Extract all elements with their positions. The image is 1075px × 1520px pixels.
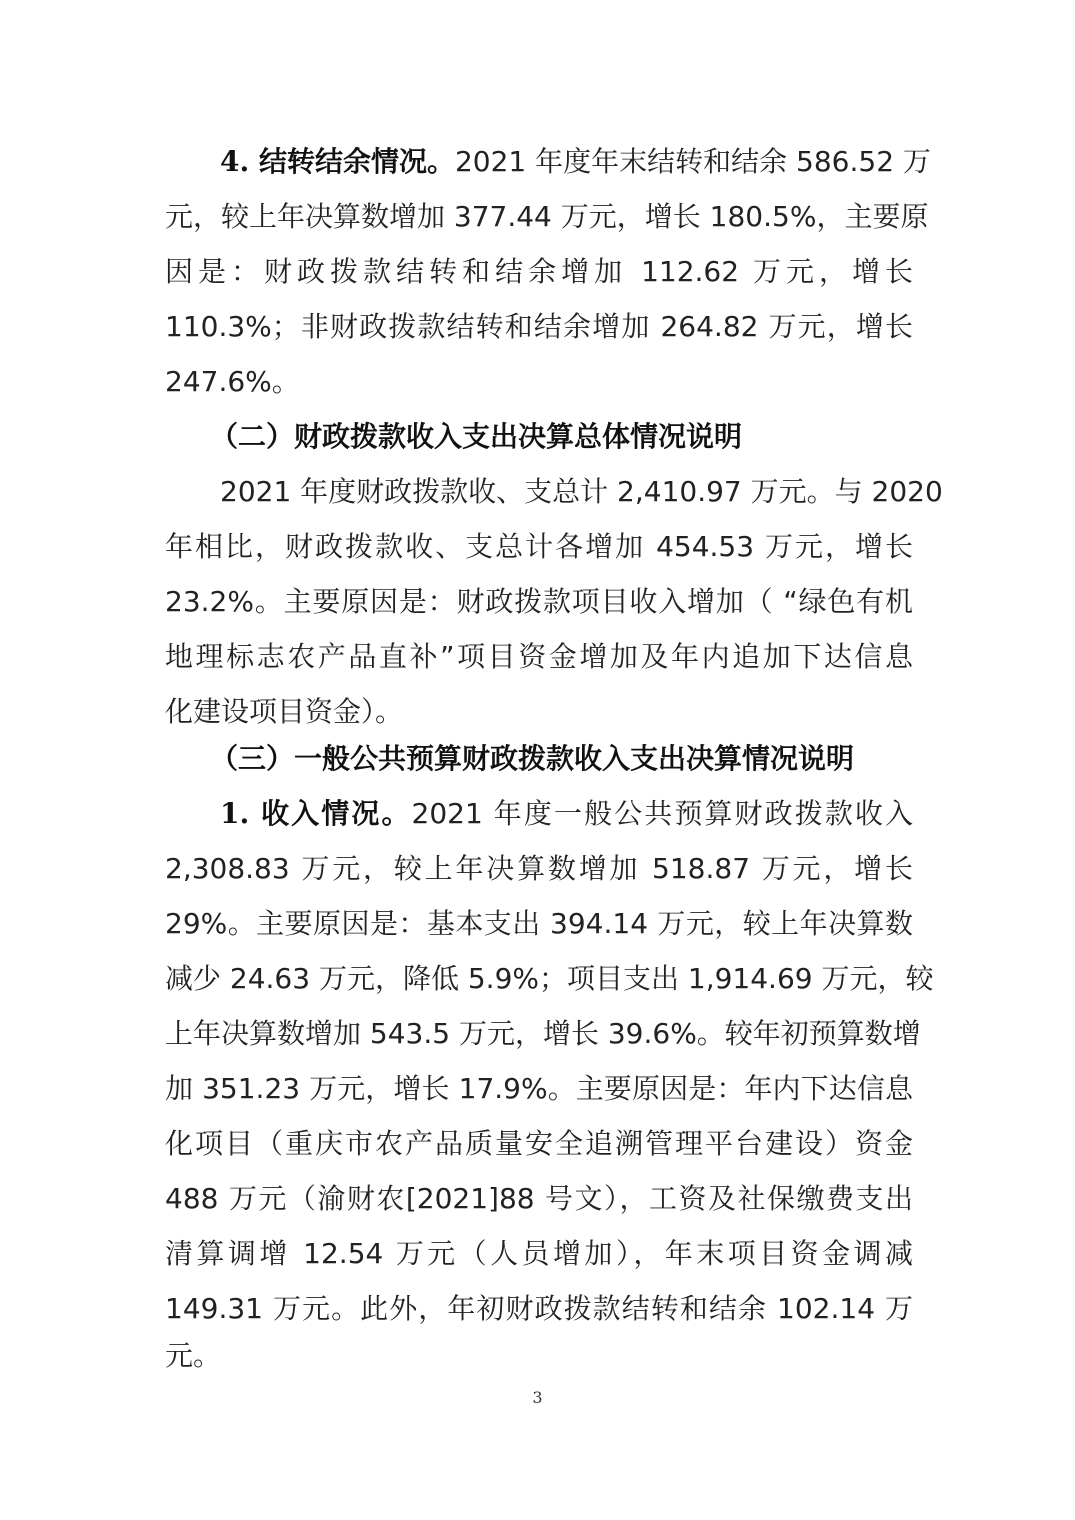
paragraph-line: 2,308.83 万元，较上年决算数增加 518.87 万元，增长	[165, 849, 913, 889]
paragraph-line: 元。	[165, 1336, 913, 1376]
section-label: 4. 结转结余情况。	[220, 145, 455, 178]
paragraph-line: 1. 收入情况。2021 年度一般公共预算财政拨款收入	[220, 794, 913, 834]
section-heading: （三）一般公共预算财政拨款收入支出决算情况说明	[210, 739, 854, 779]
paragraph-line: 因是：财政拨款结转和结余增加 112.62 万元，增长	[165, 252, 913, 292]
paragraph-line: 加 351.23 万元，增长 17.9%。主要原因是：年内下达信息	[165, 1069, 913, 1109]
paragraph-text: 2021 年度年末结转和结余 586.52 万	[455, 145, 931, 178]
paragraph-line: 清算调增 12.54 万元（人员增加），年末项目资金调减	[165, 1234, 913, 1274]
paragraph-line: 488 万元（渝财农[2021]88 号文），工资及社保缴费支出	[165, 1179, 913, 1219]
paragraph-line: 247.6%。	[165, 362, 913, 402]
page-number: 3	[0, 1388, 1075, 1407]
paragraph-line: 4. 结转结余情况。2021 年度年末结转和结余 586.52 万	[220, 142, 913, 182]
paragraph-line: 2021 年度财政拨款收、支总计 2,410.97 万元。与 2020	[220, 472, 913, 512]
paragraph-line: 年相比，财政拨款收、支总计各增加 454.53 万元，增长	[165, 527, 913, 567]
paragraph-line: 元，较上年决算数增加 377.44 万元，增长 180.5%，主要原	[165, 197, 913, 237]
paragraph-line: 23.2%。主要原因是：财政拨款项目收入增加（ “绿色有机	[165, 582, 913, 622]
paragraph-text: 2021 年度一般公共预算财政拨款收入	[412, 797, 913, 830]
section-heading: （二）财政拨款收入支出决算总体情况说明	[210, 417, 742, 457]
paragraph-line: 化建设项目资金）。	[165, 692, 913, 732]
document-page: 4. 结转结余情况。2021 年度年末结转和结余 586.52 万 元，较上年决…	[0, 0, 1075, 1520]
paragraph-line: 地理标志农产品直补”项目资金增加及年内追加下达信息	[165, 637, 913, 677]
paragraph-line: 减少 24.63 万元，降低 5.9%；项目支出 1,914.69 万元，较	[165, 959, 913, 999]
paragraph-line: 149.31 万元。此外，年初财政拨款结转和结余 102.14 万	[165, 1289, 913, 1329]
paragraph-line: 110.3%；非财政拨款结转和结余增加 264.82 万元，增长	[165, 307, 913, 347]
subsection-label: 1. 收入情况。	[220, 797, 412, 830]
paragraph-line: 29%。主要原因是：基本支出 394.14 万元，较上年决算数	[165, 904, 913, 944]
paragraph-line: 上年决算数增加 543.5 万元，增长 39.6%。较年初预算数增	[165, 1014, 913, 1054]
paragraph-line: 化项目（重庆市农产品质量安全追溯管理平台建设）资金	[165, 1124, 913, 1164]
